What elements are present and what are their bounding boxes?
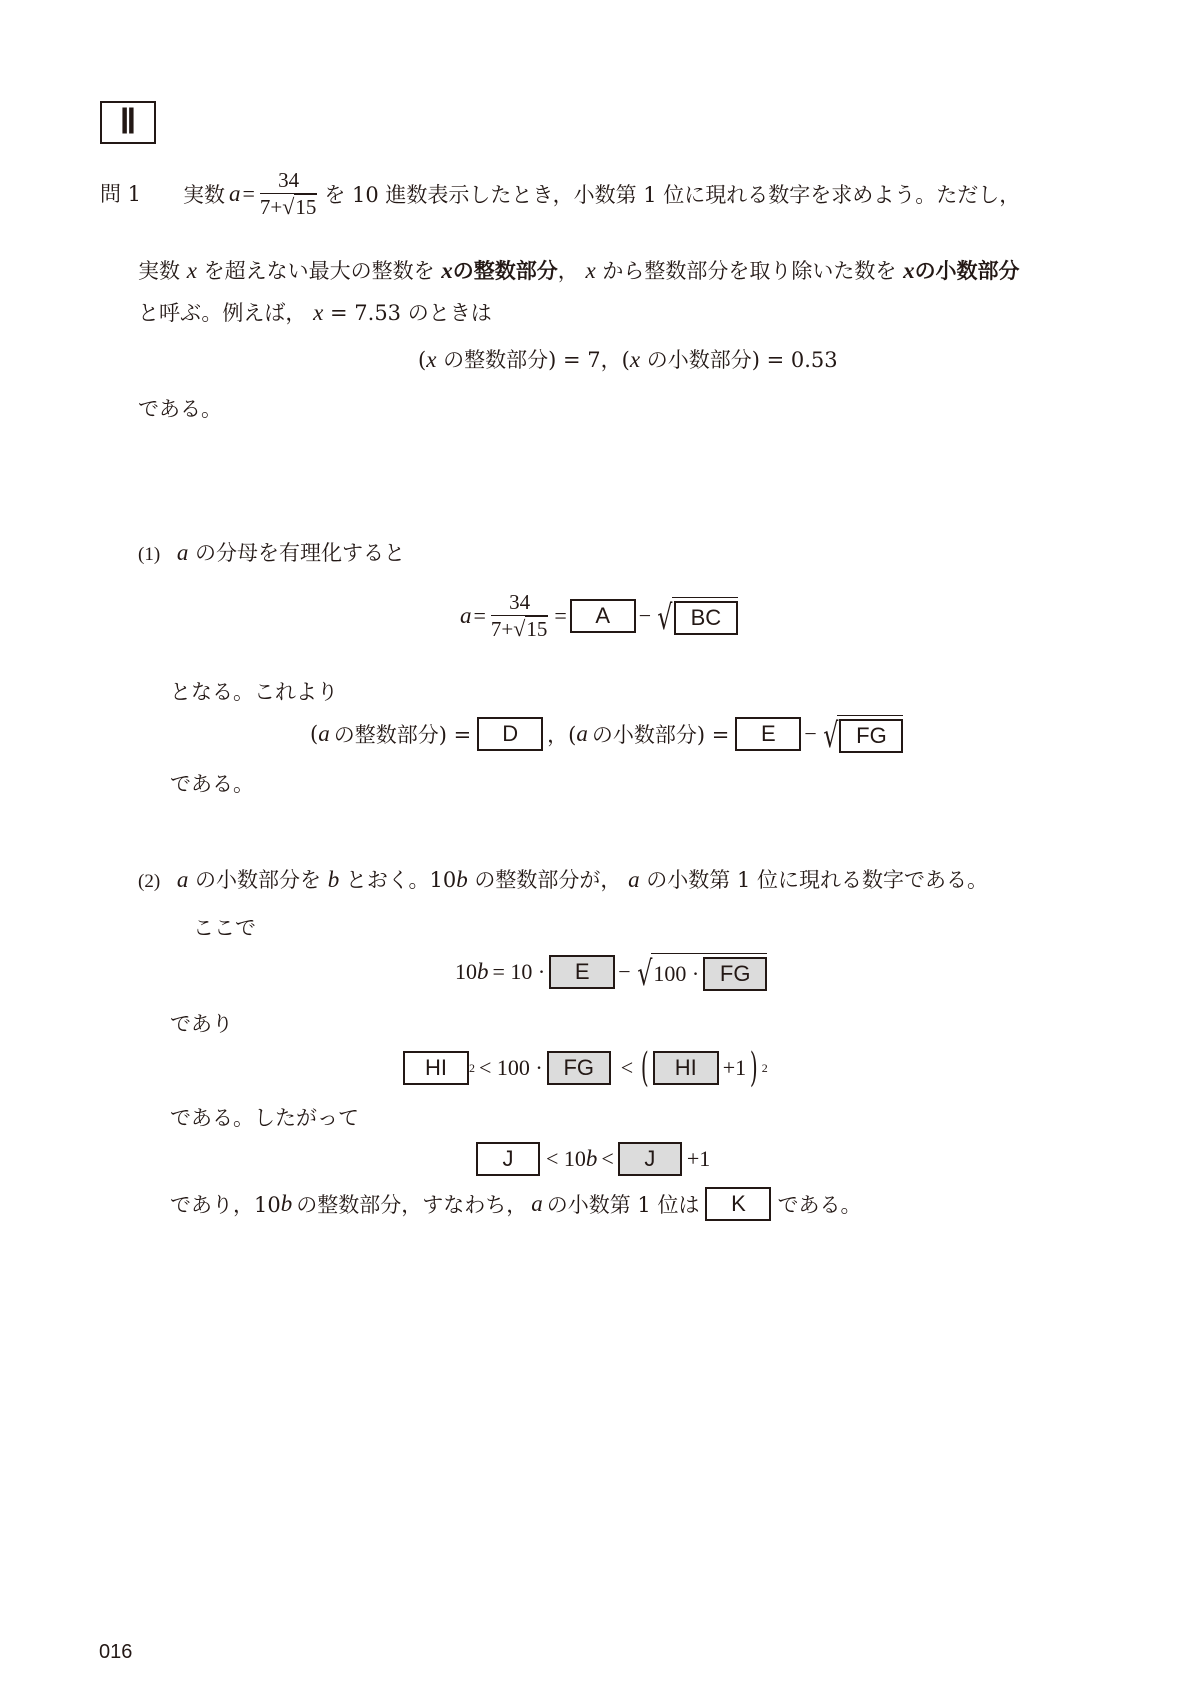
fraction-a: 34 7+√15 <box>491 590 548 641</box>
answer-box-J-ref[interactable]: J <box>618 1142 682 1176</box>
answer-box-FG-ref[interactable]: FG <box>547 1051 611 1085</box>
text: +1 <box>687 1146 710 1172</box>
text: < 10 <box>546 1146 586 1172</box>
text: であり，10 <box>170 1189 281 1219</box>
text: = 7.53 のときは <box>330 301 492 325</box>
var-a: a <box>318 721 330 747</box>
question-intro: 実数 a = 34 7+√15 を 10 進数表示したとき，小数第 1 位に現れ… <box>183 168 1020 219</box>
answer-box-FG-ref[interactable]: FG <box>703 957 767 991</box>
minus-sign: − <box>804 721 816 747</box>
var-a: a <box>229 181 241 207</box>
answer-box-FG[interactable]: FG <box>839 719 903 753</box>
example-line: (x の整数部分) = 7，(x の小数部分) = 0.53 <box>418 344 838 374</box>
sqrt-BC: √BC <box>654 597 738 635</box>
definition-line-1: 実数 x を超えない最大の整数を xの整数部分， x から整数部分を取り除いた数… <box>138 255 1020 285</box>
part2-label: (2) <box>138 871 160 892</box>
var-b: b <box>281 1191 293 1217</box>
var-a: a <box>177 867 189 892</box>
sqrt-100-FG: √100 ·FG <box>634 953 768 991</box>
text: < 100 · <box>479 1055 543 1081</box>
fraction-a: 34 7+√15 <box>260 168 317 219</box>
fraction-numerator: 34 <box>260 168 317 194</box>
parts-equation: (a の整数部分) = D ，(a の小数部分) = E − √FG <box>310 715 903 753</box>
radical-icon: √ <box>637 957 652 991</box>
answer-box-BC[interactable]: BC <box>674 601 738 635</box>
text: を超えない最大の整数を <box>204 259 435 283</box>
answer-box-A[interactable]: A <box>570 599 636 633</box>
text: から整数部分を取り除いた数を <box>602 259 896 283</box>
answer-box-K[interactable]: K <box>705 1187 771 1221</box>
fraction-denominator: 7+√15 <box>491 616 548 641</box>
part1-heading: (1) a の分母を有理化すると <box>138 537 405 567</box>
left-paren: ( <box>641 1045 649 1091</box>
less-than: < <box>621 1055 633 1081</box>
right-paren: ) <box>750 1045 758 1091</box>
number: 10 <box>455 959 477 985</box>
var-a: a <box>576 721 588 747</box>
answer-box-D[interactable]: D <box>477 717 543 751</box>
text: ( <box>310 722 318 746</box>
text: の整数部分，すなわち， <box>296 1189 527 1219</box>
text: ， <box>558 259 579 283</box>
intro-suffix: を 10 進数表示したとき，小数第 1 位に現れる数字を求めよう。ただし， <box>324 179 1020 209</box>
therefore-text: である。したがって <box>170 1102 359 1132</box>
part1-label: (1) <box>138 544 160 565</box>
text: とおく。10 <box>346 868 456 892</box>
text: の小数部分) = 0.53 <box>647 348 838 372</box>
var-x: x <box>426 347 436 372</box>
text: と呼ぶ。例えば， <box>138 301 306 325</box>
var-x: x <box>441 258 453 283</box>
radical-icon: √ <box>513 616 525 641</box>
answer-box-HI-ref[interactable]: HI <box>653 1051 719 1085</box>
sqrt-FG: √FG <box>820 715 904 753</box>
var-x: x <box>187 258 197 283</box>
text: の小数部分を <box>195 868 321 892</box>
minus-sign: − <box>639 603 651 629</box>
text: の小数第 1 位は <box>547 1189 700 1219</box>
closing-text: である。 <box>138 393 222 423</box>
answer-box-J[interactable]: J <box>476 1142 540 1176</box>
ten-b-equation: 10b = 10 · E − √100 ·FG <box>455 953 767 991</box>
definition-line-2: と呼ぶ。例えば， x = 7.53 のときは <box>138 297 492 327</box>
text: 100 · <box>653 961 699 987</box>
fraction-denominator: 7+√15 <box>260 194 317 219</box>
here-text: ここで <box>193 912 256 942</box>
dearu-ari-text: であり <box>170 1008 233 1038</box>
answer-box-HI[interactable]: HI <box>403 1051 469 1085</box>
text: の整数部分が， <box>474 868 621 892</box>
final-line: であり，10b の整数部分，すなわち， a の小数第 1 位は K である。 <box>170 1187 861 1221</box>
text: 実数 <box>138 259 180 283</box>
sqrt-15: √15 <box>282 195 317 219</box>
fraction-numerator: 34 <box>491 590 548 616</box>
var-b: b <box>586 1146 598 1172</box>
text: +1 <box>723 1055 746 1081</box>
denominator-prefix: 7+ <box>260 195 282 219</box>
answer-box-E[interactable]: E <box>735 717 801 751</box>
exponent: 2 <box>469 1061 475 1076</box>
var-a: a <box>460 603 472 629</box>
var-b: b <box>328 867 340 892</box>
var-x: x <box>585 258 595 283</box>
text: の小数部分) = <box>592 719 729 749</box>
radical-icon: √ <box>657 601 672 635</box>
j-inequality: J < 10b < J +1 <box>476 1142 710 1176</box>
answer-box-E-ref[interactable]: E <box>549 955 615 989</box>
radicand: 15 <box>525 616 548 641</box>
square-inequality: HI 2 < 100 · FG < ( HI +1 ) 2 <box>403 1045 768 1091</box>
less-than: < <box>601 1146 613 1172</box>
question-label: 問 1 <box>100 178 141 208</box>
exponent: 2 <box>762 1061 768 1076</box>
text: ( <box>418 348 426 372</box>
denominator-prefix: 7+ <box>491 617 513 641</box>
text: の小数第 1 位に現れる数字である。 <box>646 868 988 892</box>
rationalize-equation: a = 34 7+√15 = A − √BC <box>460 590 738 641</box>
var-x: x <box>903 258 915 283</box>
part1-line-after: となる。これより <box>170 676 338 706</box>
equals-sign: = <box>243 181 255 207</box>
var-a: a <box>628 867 640 892</box>
radical-icon: √ <box>282 194 294 219</box>
term-fractional-part: の小数部分 <box>915 259 1020 283</box>
part2-heading: (2) a の小数部分を b とおく。10b の整数部分が， a の小数第 1 … <box>138 864 988 894</box>
text: の分母を有理化すると <box>195 541 405 565</box>
sqrt-15: √15 <box>513 617 548 641</box>
var-x: x <box>630 347 640 372</box>
text: である。 <box>777 1189 861 1219</box>
minus-sign: − <box>618 959 630 985</box>
radical-icon: √ <box>823 719 838 753</box>
text: ，( <box>547 719 576 749</box>
text: = 10 · <box>493 959 546 985</box>
var-a: a <box>531 1191 543 1217</box>
text: の整数部分) = <box>334 719 471 749</box>
equals-sign: = <box>554 603 566 629</box>
var-a: a <box>177 540 189 565</box>
var-x: x <box>313 300 323 325</box>
intro-prefix: 実数 <box>183 179 225 209</box>
equals-sign: = <box>474 603 486 629</box>
term-integer-part: の整数部分 <box>453 259 558 283</box>
part1-closing: である。 <box>170 768 254 798</box>
var-b: b <box>456 867 468 892</box>
section-mark: Ⅱ <box>100 101 156 144</box>
radicand: 15 <box>294 194 317 219</box>
var-b: b <box>477 959 489 985</box>
text: の整数部分) = 7，( <box>443 348 630 372</box>
page-number: 016 <box>99 1641 132 1664</box>
